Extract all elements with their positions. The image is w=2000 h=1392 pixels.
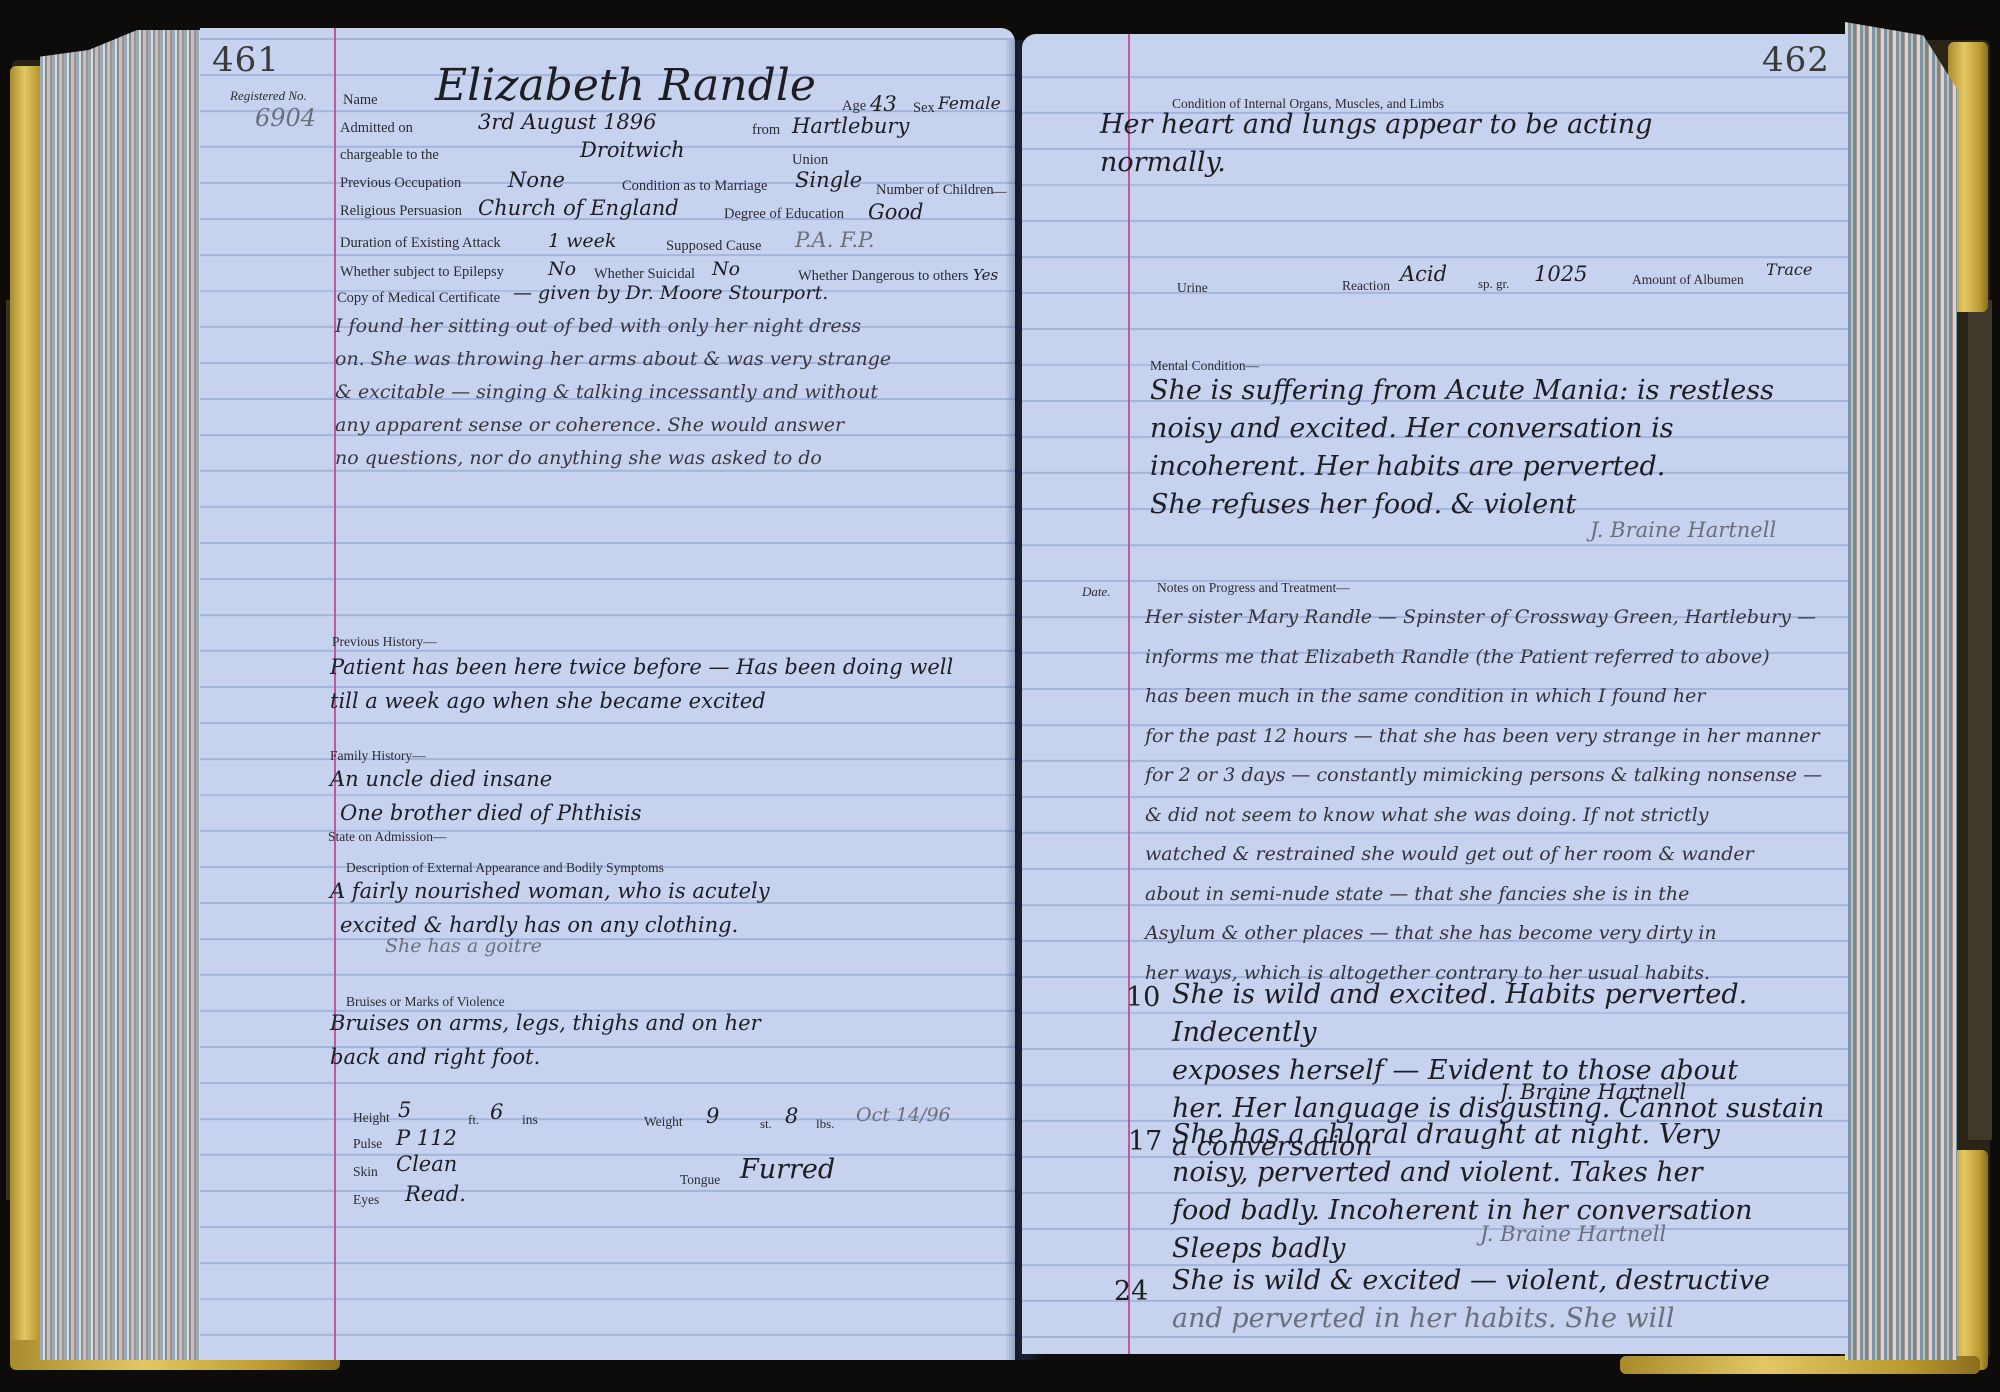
sp-gr-value: 1025 bbox=[1534, 262, 1587, 286]
chargeable-value: Droitwich bbox=[580, 138, 685, 162]
dangerous-value: Yes bbox=[973, 266, 998, 284]
epilepsy-value: No bbox=[548, 258, 576, 280]
education-label: Degree of Education bbox=[724, 206, 844, 223]
note-line: noisy, perverted and violent. Takes her bbox=[1172, 1154, 1862, 1192]
note-line: She is wild & excited — violent, destruc… bbox=[1172, 1262, 1862, 1300]
reaction-value: Acid bbox=[1400, 262, 1447, 286]
certificate-text: I found her sitting out of bed with only… bbox=[335, 310, 1005, 475]
age-value: 43 bbox=[870, 92, 897, 116]
mental-condition-line: She is suffering from Acute Mania: is re… bbox=[1150, 372, 1850, 410]
suicidal-value: No bbox=[712, 258, 740, 280]
previous-occupation-label: Previous Occupation bbox=[340, 175, 461, 192]
page-stack-left bbox=[40, 30, 202, 1360]
notes-intro-line: watched & restrained she would get out o… bbox=[1145, 835, 1870, 875]
notes-intro-text: Her sister Mary Randle — Spinster of Cro… bbox=[1145, 598, 1870, 993]
marriage-label: Condition as to Marriage bbox=[622, 178, 767, 195]
notes-label: Notes on Progress and Treatment— bbox=[1157, 580, 1350, 596]
height-label: Height bbox=[353, 1110, 390, 1126]
albumen-label: Amount of Albumen bbox=[1632, 272, 1744, 288]
registered-no-value: 6904 bbox=[255, 104, 316, 132]
bruises-text: Bruises on arms, legs, thighs and on her… bbox=[330, 1006, 1010, 1074]
lbs-label: lbs. bbox=[816, 1116, 834, 1132]
sex-label: Sex bbox=[913, 100, 935, 117]
ins-label: ins bbox=[522, 1112, 538, 1128]
suicidal-label: Whether Suicidal bbox=[594, 266, 695, 283]
chargeable-label: chargeable to the bbox=[340, 147, 439, 164]
certificate-line: any apparent sense or coherence. She wou… bbox=[335, 409, 1005, 442]
sex-value: Female bbox=[938, 94, 1001, 114]
certificate-line: & excitable — singing & talking incessan… bbox=[335, 376, 1005, 409]
union-label: Union bbox=[792, 152, 828, 169]
eyes-label: Eyes bbox=[353, 1192, 379, 1208]
ft-label: ft. bbox=[468, 1112, 479, 1128]
notes-intro-line: has been much in the same condition in w… bbox=[1145, 677, 1870, 717]
page-number-right: 462 bbox=[1762, 40, 1830, 80]
notes-intro-line: & did not seem to know what she was doin… bbox=[1145, 796, 1870, 836]
weight-st-value: 9 bbox=[706, 1104, 719, 1128]
note-date: 10 bbox=[1126, 982, 1160, 1013]
page-number-left: 461 bbox=[212, 40, 280, 80]
previous-occupation-value: None bbox=[508, 168, 565, 192]
certificate-line: I found her sitting out of bed with only… bbox=[335, 310, 1005, 343]
children-label: Number of Children bbox=[876, 182, 994, 199]
tongue-value: Furred bbox=[740, 1154, 835, 1185]
urine-label: Urine bbox=[1177, 280, 1208, 296]
certificate-line: on. She was throwing her arms about & wa… bbox=[335, 343, 1005, 376]
mental-condition-text: She is suffering from Acute Mania: is re… bbox=[1150, 372, 1850, 524]
notes-intro-line: informs me that Elizabeth Randle (the Pa… bbox=[1145, 638, 1870, 678]
notes-intro-line: Her sister Mary Randle — Spinster of Cro… bbox=[1145, 598, 1870, 638]
note-signature: J. Braine Hartnell bbox=[1500, 1080, 1686, 1104]
note-date: 24 bbox=[1114, 1276, 1148, 1307]
family-history-line: An uncle died insane bbox=[330, 762, 830, 796]
patient-name: Elizabeth Randle bbox=[435, 60, 816, 111]
weight-date: Oct 14/96 bbox=[856, 1104, 951, 1126]
duration-value: 1 week bbox=[548, 230, 616, 252]
skin-label: Skin bbox=[353, 1164, 378, 1180]
cause-value: P.A. F.P. bbox=[795, 228, 875, 252]
reaction-label: Reaction bbox=[1342, 278, 1390, 294]
education-value: Good bbox=[868, 200, 924, 224]
tongue-label: Tongue bbox=[680, 1172, 720, 1188]
notes-intro-line: about in semi-nude state — that she fanc… bbox=[1145, 875, 1870, 915]
date-column-label: Date. bbox=[1082, 584, 1111, 600]
bruises-line: back and right foot. bbox=[330, 1040, 1010, 1074]
description-text: A fairly nourished woman, who is acutely… bbox=[330, 874, 1010, 942]
sp-gr-label: sp. gr. bbox=[1478, 276, 1509, 292]
religion-label: Religious Persuasion bbox=[340, 203, 462, 220]
mental-condition-signature: J. Braine Hartnell bbox=[1590, 518, 1776, 542]
mental-condition-line: noisy and excited. Her conversation is bbox=[1150, 410, 1850, 448]
weight-label: Weight bbox=[644, 1114, 683, 1130]
family-history-line: One brother died of Phthisis bbox=[330, 796, 830, 830]
marriage-value: Single bbox=[795, 168, 862, 192]
religion-value: Church of England bbox=[478, 196, 679, 220]
certificate-line: no questions, nor do anything she was as… bbox=[335, 442, 1005, 475]
internal-organs-line: normally. bbox=[1100, 144, 1820, 182]
age-label: Age bbox=[842, 98, 866, 115]
st-label: st. bbox=[760, 1116, 772, 1132]
internal-organs-line: Her heart and lungs appear to be acting bbox=[1100, 106, 1820, 144]
note-line: She is wild and excited. Habits perverte… bbox=[1172, 976, 1862, 1052]
duration-label: Duration of Existing Attack bbox=[340, 235, 501, 252]
note-signature: J. Braine Hartnell bbox=[1480, 1222, 1666, 1246]
notes-intro-line: for 2 or 3 days — constantly mimicking p… bbox=[1145, 756, 1870, 796]
registered-no-label: Registered No. bbox=[230, 88, 307, 104]
notes-intro-line: Asylum & other places — that she has bec… bbox=[1145, 914, 1870, 954]
note-line: She has a chloral draught at night. Very bbox=[1172, 1116, 1862, 1154]
state-on-admission-label: State on Admission— bbox=[328, 829, 447, 845]
height-in-value: 6 bbox=[490, 1100, 503, 1124]
notes-intro-line: for the past 12 hours — that she has bee… bbox=[1145, 717, 1870, 757]
note-date: 17 bbox=[1128, 1126, 1162, 1157]
previous-history-text: Patient has been here twice before — Has… bbox=[330, 650, 1010, 718]
skin-value: Clean bbox=[396, 1152, 457, 1176]
note-line: and perverted in her habits. She will bbox=[1172, 1300, 1862, 1338]
eyes-value: Read. bbox=[405, 1182, 466, 1206]
binding-cloth-right bbox=[1968, 300, 1992, 1140]
weight-lbs-value: 8 bbox=[785, 1104, 798, 1128]
mental-condition-line: incoherent. Her habits are perverted. bbox=[1150, 448, 1850, 486]
family-history-text: An uncle died insane One brother died of… bbox=[330, 762, 830, 830]
previous-history-label: Previous History— bbox=[332, 634, 437, 650]
from-value: Hartlebury bbox=[792, 114, 909, 138]
name-label: Name bbox=[343, 92, 378, 109]
previous-history-line: till a week ago when she became excited bbox=[330, 684, 1010, 718]
pulse-label: Pulse bbox=[353, 1136, 382, 1152]
cause-label: Supposed Cause bbox=[666, 238, 761, 255]
height-ft-value: 5 bbox=[398, 1098, 411, 1122]
from-label: from bbox=[752, 122, 780, 139]
note-entry-text: She is wild & excited — violent, destruc… bbox=[1172, 1262, 1862, 1338]
epilepsy-label: Whether subject to Epilepsy bbox=[340, 264, 504, 281]
pulse-value: P 112 bbox=[396, 1126, 457, 1150]
goitre-note: She has a goitre bbox=[385, 935, 542, 957]
medical-certificate-doctor: — given by Dr. Moore Stourport. bbox=[513, 282, 828, 304]
albumen-value: Trace bbox=[1766, 260, 1812, 279]
internal-organs-text: Her heart and lungs appear to be acting … bbox=[1100, 106, 1820, 182]
medical-certificate-label: Copy of Medical Certificate bbox=[337, 290, 500, 307]
admitted-on-label: Admitted on bbox=[340, 120, 413, 137]
previous-history-line: Patient has been here twice before — Has… bbox=[330, 650, 1010, 684]
admitted-on-value: 3rd August 1896 bbox=[478, 110, 657, 134]
bruises-line: Bruises on arms, legs, thighs and on her bbox=[330, 1006, 1010, 1040]
description-line: A fairly nourished woman, who is acutely bbox=[330, 874, 1010, 908]
